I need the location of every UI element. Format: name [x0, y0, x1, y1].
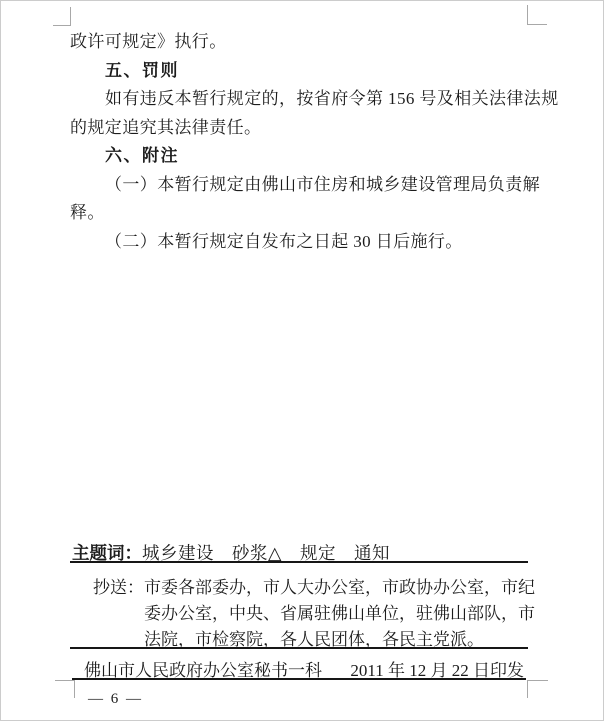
copy-to-line: 法院，市检察院，各人民团体，各民主党派。: [144, 627, 535, 653]
subject-keywords-label: 主题词：: [72, 543, 142, 563]
body-line: （一）本暂行规定由佛山市住房和城乡建设管理局负责解: [70, 171, 536, 200]
copy-to-block: 抄送： 市委各部委办，市人大办公室，市政协办公室，市纪 委办公室，中央、省属驻佛…: [93, 575, 535, 653]
crop-mark-top-left-icon: [53, 7, 71, 26]
copy-to-line: 委办公室，中央、省属驻佛山单位，驻佛山部队，市: [144, 601, 535, 627]
body-line: 释。: [70, 199, 536, 228]
colophon-rule-top: [70, 561, 528, 563]
section-heading-penalty: 五、罚则: [70, 57, 536, 86]
document-page: 政许可规定》执行。 五、罚则 如有违反本暂行规定的，按省府令第 156 号及相关…: [0, 0, 604, 721]
copy-to-list: 市委各部委办，市人大办公室，市政协办公室，市纪 委办公室，中央、省属驻佛山单位，…: [144, 575, 535, 653]
document-body: 政许可规定》执行。 五、罚则 如有违反本暂行规定的，按省府令第 156 号及相关…: [70, 28, 536, 256]
crop-mark-bottom-left-icon: [55, 680, 75, 698]
body-line: 政许可规定》执行。: [70, 28, 536, 57]
copy-to-line: 市委各部委办，市人大办公室，市政协办公室，市纪: [144, 575, 535, 601]
body-line: 的规定追究其法律责任。: [70, 114, 536, 143]
colophon-rule-middle: [70, 647, 528, 649]
subject-keywords-terms: 城乡建设 砂浆△ 规定 通知: [142, 543, 390, 563]
copy-to-label: 抄送：: [93, 575, 144, 653]
crop-mark-bottom-right-icon: [527, 680, 548, 698]
page-number: — 6 —: [88, 691, 143, 708]
crop-mark-top-right-icon: [527, 5, 547, 25]
colophon-rule-bottom: [72, 678, 526, 680]
body-line: 如有违反本暂行规定的，按省府令第 156 号及相关法律法规: [70, 85, 536, 114]
body-line: （二）本暂行规定自发布之日起 30 日后施行。: [70, 228, 536, 257]
section-heading-notes: 六、附注: [70, 142, 536, 171]
